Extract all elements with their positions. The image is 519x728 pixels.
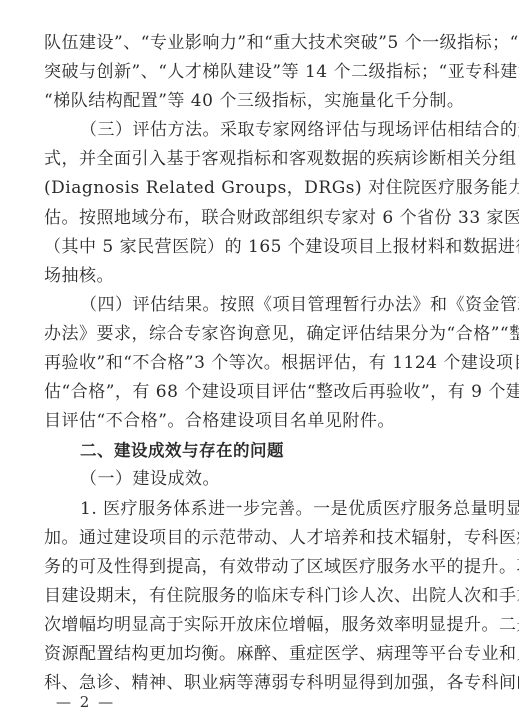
section-evaluation-method: （三）评估方法。采取专家网络评估与现场评估相结合的形 [44, 116, 494, 145]
text-line-11: 办法》要求，综合专家咨询意见，确定评估结果分为“合格”“整改后 [44, 320, 494, 349]
text-line-21: 次增幅均明显高于实际开放床位增幅，服务效率明显提升。二是 [44, 611, 494, 640]
text-line-13: 估“合格”，有 68 个建设项目评估“整改后再验收”，有 9 个建设项 [44, 378, 494, 407]
text-line-18: 加。通过建设项目的示范带动、人才培养和技术辐射，专科医疗服 [44, 524, 494, 553]
page-number: — 2 — [56, 692, 115, 712]
text-line-14: 目评估“不合格”。合格建设项目名单见附件。 [44, 407, 494, 436]
document-page: 队伍建设”、“专业影响力”和“重大技术突破”5 个一级指标；“技术 突破与创新”… [44, 29, 494, 698]
text-line-9: 场抽核。 [44, 262, 494, 291]
text-line-8: （其中 5 家民营医院）的 165 个建设项目上报材料和数据进行了现 [44, 233, 494, 262]
text-line-6: (Diagnosis Related Groups，DRGs) 对住院医疗服务能… [44, 174, 494, 203]
text-line-3: “梯队结构配置”等 40 个三级指标，实施量化千分制。 [44, 87, 494, 116]
text-line-12: 再验收”和“不合格”3 个等次。根据评估，有 1124 个建设项目评 [44, 349, 494, 378]
paragraph-item-1: 1. 医疗服务体系进一步完善。一是优质医疗服务总量明显增 [44, 495, 494, 524]
text-line-5: 式，并全面引入基于客观指标和客观数据的疾病诊断相关分组 [44, 145, 494, 174]
text-line-2: 突破与创新”、“人才梯队建设”等 14 个二级指标；“亚专科建设”、 [44, 58, 494, 87]
text-line-20: 目建设期末，有住院服务的临床专科门诊人次、出院人次和手术人 [44, 582, 494, 611]
subsection-heading-achievements: （一）建设成效。 [44, 465, 494, 494]
section-evaluation-results: （四）评估结果。按照《项目管理暂行办法》和《资金管理暂行 [44, 291, 494, 320]
text-line-22: 资源配置结构更加均衡。麻醉、重症医学、病理等平台专业和儿 [44, 640, 494, 669]
text-line-19: 务的可及性得到提高，有效带动了区域医疗服务水平的提升。项 [44, 553, 494, 582]
section-heading-achievements-and-problems: 二、建设成效与存在的问题 [44, 436, 494, 465]
text-line-7: 估。按照地域分布，联合财政部组织专家对 6 个省份 33 家医院 [44, 204, 494, 233]
text-line-1: 队伍建设”、“专业影响力”和“重大技术突破”5 个一级指标；“技术 [44, 29, 494, 58]
